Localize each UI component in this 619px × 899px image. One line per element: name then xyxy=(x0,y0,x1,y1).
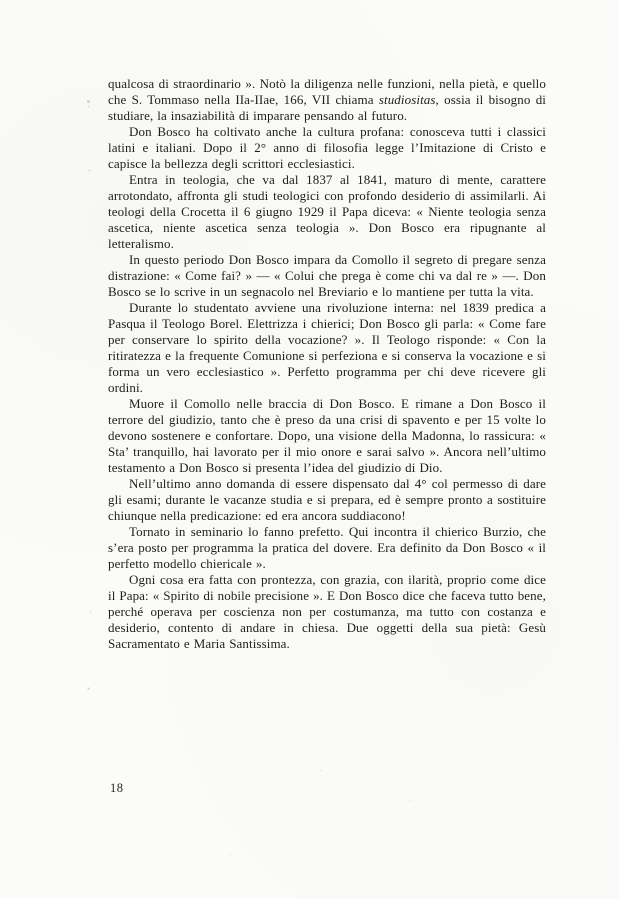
paragraph: Durante lo studentato avviene una rivolu… xyxy=(108,300,546,396)
paragraph: Ogni cosa era fatta con prontezza, con g… xyxy=(108,572,546,652)
paragraph: Entra in teologia, che va dal 1837 al 18… xyxy=(108,172,546,252)
paragraph: Tornato in seminario lo fanno prefetto. … xyxy=(108,524,546,572)
paragraph: qualcosa di straordinario ». Notò la dil… xyxy=(108,76,546,124)
italic-term: studiositas, xyxy=(379,92,439,107)
paragraph: Nell’ultimo anno domanda di essere dispe… xyxy=(108,476,546,524)
page-text-block: qualcosa di straordinario ». Notò la dil… xyxy=(108,76,546,652)
paragraph: In questo periodo Don Bosco impara da Co… xyxy=(108,252,546,300)
paragraph: Don Bosco ha coltivato anche la cultura … xyxy=(108,124,546,172)
page-number: 18 xyxy=(110,781,124,796)
paragraph: Muore il Comollo nelle braccia di Don Bo… xyxy=(108,396,546,476)
book-page: qualcosa di straordinario ». Notò la dil… xyxy=(0,0,619,899)
scan-speckles xyxy=(0,0,1,1)
